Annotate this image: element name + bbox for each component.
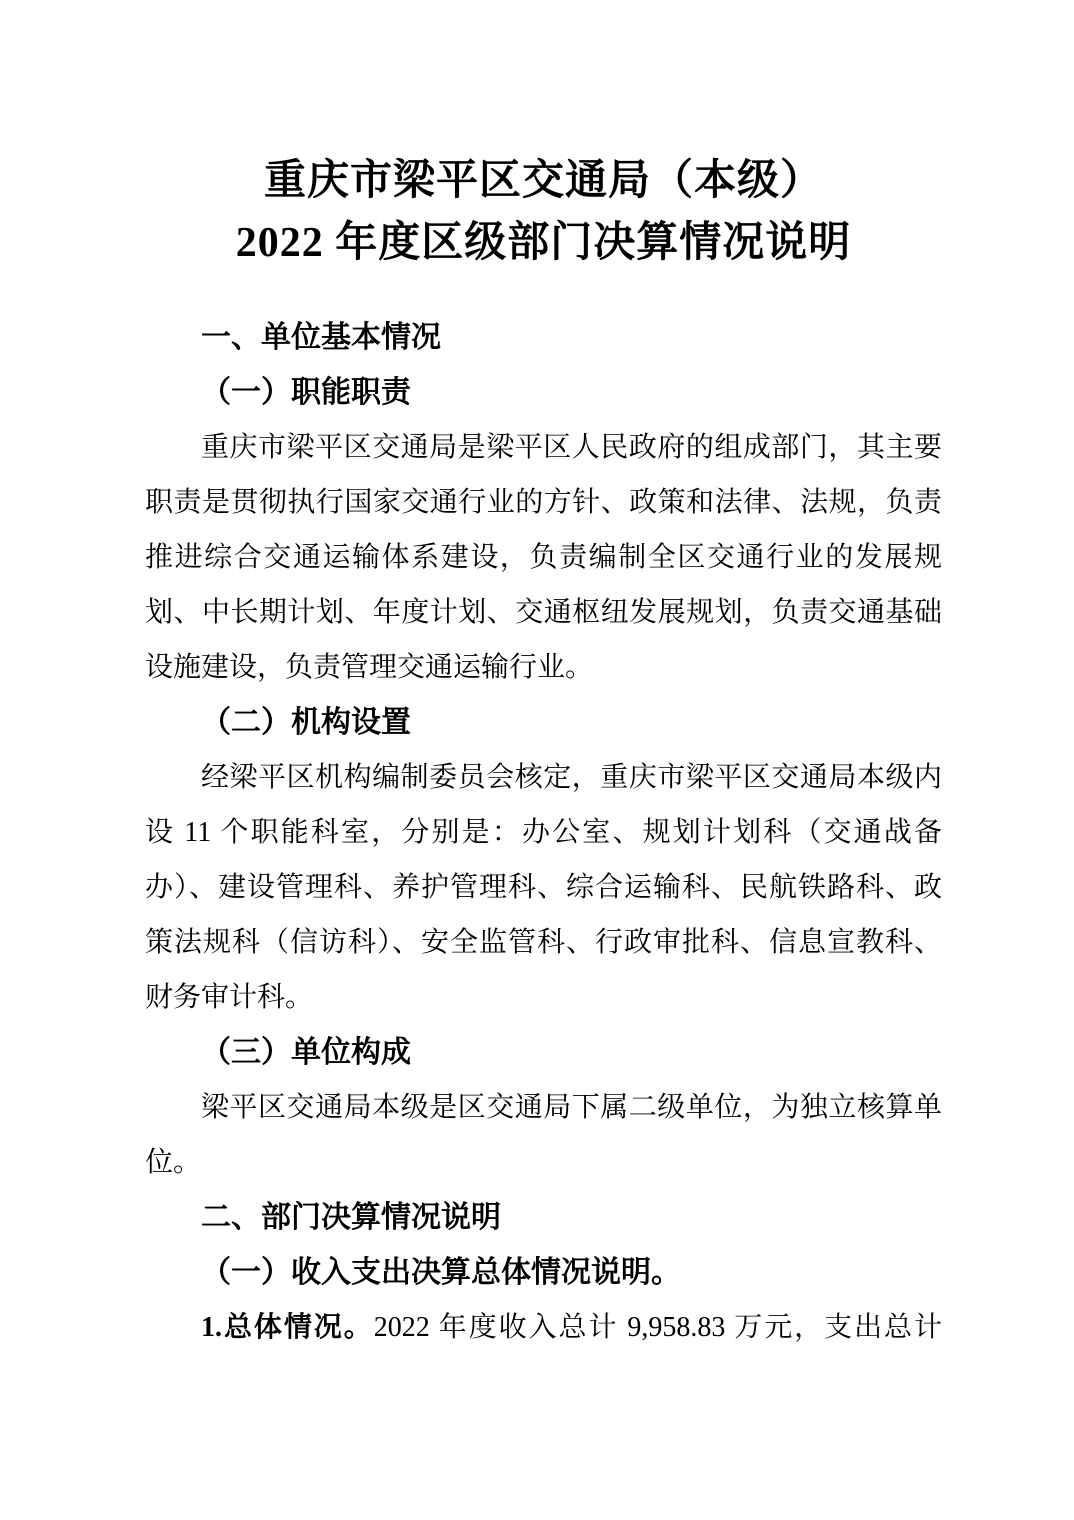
paragraph-overall-situation: 1.总体情况。2022 年度收入总计 9,958.83 万元，支出总计	[145, 1300, 942, 1355]
overall-situation-lead: 1.总体情况。	[201, 1312, 374, 1343]
paragraph-functions-duties: 重庆市梁平区交通局是梁平区人民政府的组成部门，其主要职责是贯彻执行国家交通行业的…	[145, 420, 942, 695]
subsection-heading-revenue-expenditure-overview: （一）收入支出决算总体情况说明。	[145, 1245, 942, 1300]
paragraph-organization-setup: 经梁平区机构编制委员会核定，重庆市梁平区交通局本级内设 11 个职能科室，分别是…	[145, 750, 942, 1025]
section-heading-final-accounts: 二、部门决算情况说明	[145, 1190, 942, 1245]
document-title-line-1: 重庆市梁平区交通局（本级）	[145, 150, 942, 212]
document-title: 重庆市梁平区交通局（本级） 2022 年度区级部门决算情况说明	[145, 150, 942, 274]
document-page: 重庆市梁平区交通局（本级） 2022 年度区级部门决算情况说明 一、单位基本情况…	[0, 0, 1074, 1520]
document-title-line-2: 2022 年度区级部门决算情况说明	[145, 212, 942, 274]
subsection-heading-organization-setup: （二）机构设置	[145, 695, 942, 750]
section-heading-unit-basic-info: 一、单位基本情况	[145, 310, 942, 365]
overall-situation-text: 2022 年度收入总计 9,958.83 万元，支出总计	[374, 1312, 942, 1343]
paragraph-unit-composition: 梁平区交通局本级是区交通局下属二级单位，为独立核算单位。	[145, 1080, 942, 1190]
subsection-heading-unit-composition: （三）单位构成	[145, 1025, 942, 1080]
subsection-heading-functions-duties: （一）职能职责	[145, 365, 942, 420]
